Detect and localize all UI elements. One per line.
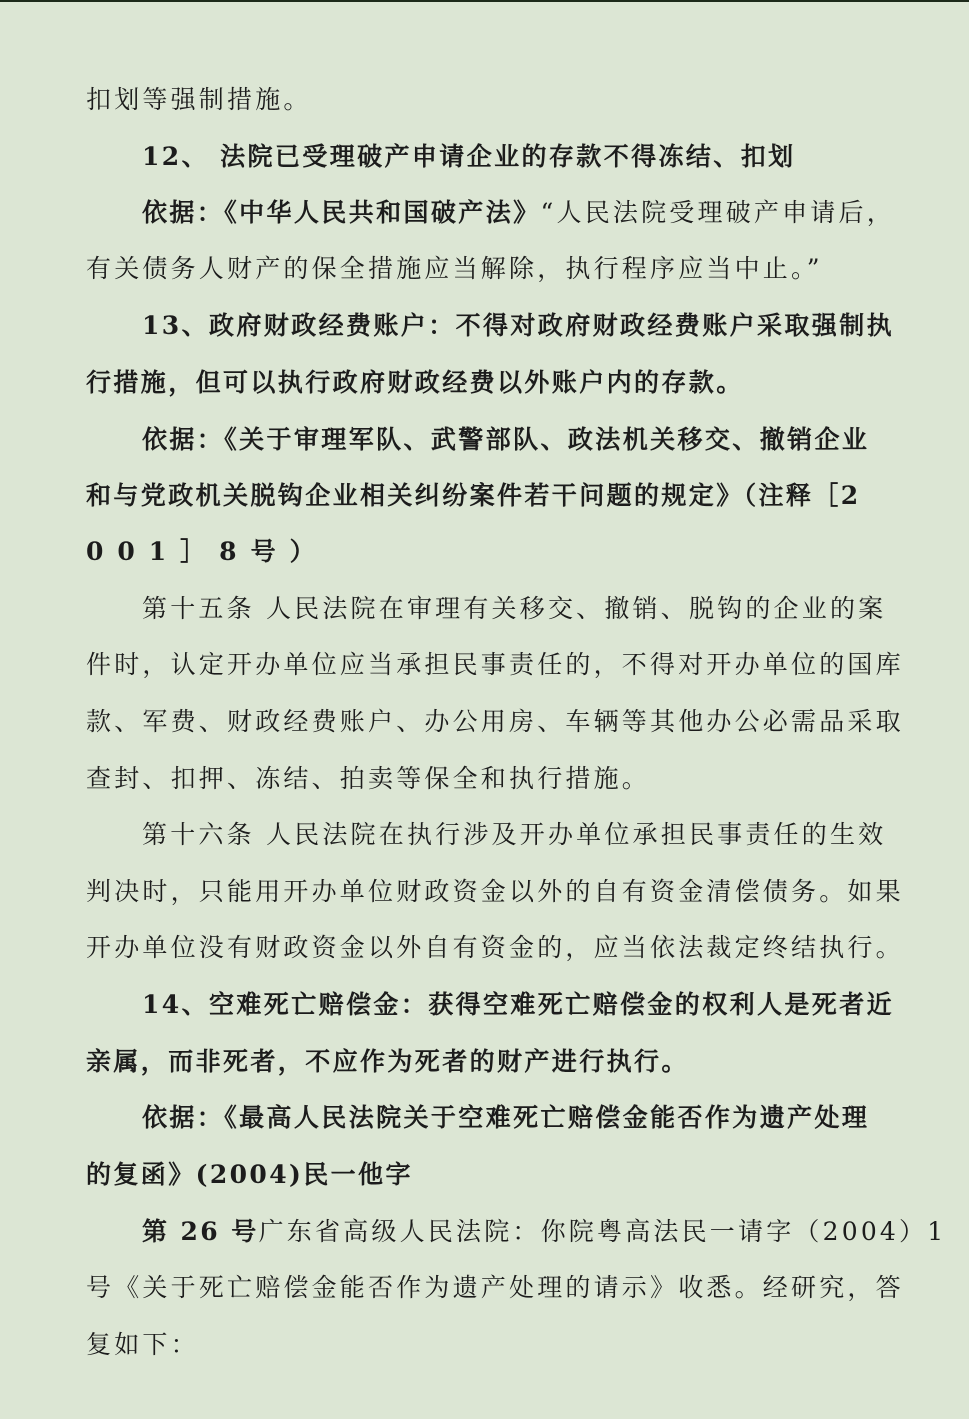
text-line: 有关债务人财产的保全措施应当解除，执行程序应当中止。” [86, 249, 823, 289]
text-line: 件时，认定开办单位应当承担民事责任的，不得对开办单位的国库 [86, 645, 904, 685]
text-line: 的复函》(2004)民一他字 [86, 1155, 413, 1195]
article-text: 件时，认定开办单位应当承担民事责任的，不得对开办单位的国库 [86, 650, 904, 679]
reply-line: 第 26 号广东省高级人民法院：你院粤高法民一请字（2004）1 [142, 1212, 946, 1252]
text-line: 查封、扣押、冻结、拍卖等保全和执行措施。 [86, 759, 650, 799]
text-line: 开办单位没有财政资金以外自有资金的，应当依法裁定终结执行。 [86, 928, 904, 968]
section-heading-13: 13、政府财政经费账户：不得对政府财政经费账户采取强制执 [142, 306, 894, 346]
heading-text: 12、 法院已受理破产申请企业的存款不得冻结、扣划 [142, 142, 796, 171]
reply-text: 号《关于死亡赔偿金能否作为遗产处理的请示》收悉。经研究，答 [86, 1273, 904, 1302]
text-line: 判决时，只能用开办单位财政资金以外的自有资金清偿债务。如果 [86, 872, 904, 912]
basis-text: 001］8号） [86, 537, 329, 566]
text-line: 款、军费、财政经费账户、办公用房、车辆等其他办公必需品采取 [86, 702, 904, 742]
heading-text: 行措施，但可以执行政府财政经费以外账户内的存款。 [86, 368, 744, 397]
heading-text: 13、政府财政经费账户：不得对政府财政经费账户采取强制执 [142, 311, 894, 340]
basis-label: 依据：《最高人民法院关于空难死亡赔偿金能否作为遗产处理 [142, 1103, 869, 1132]
text-line: 001］8号） [86, 532, 329, 572]
document-number: 第 26 号 [142, 1217, 259, 1246]
heading-text: 亲属，而非死者，不应作为死者的财产进行执行。 [86, 1047, 689, 1076]
quote-text: 有关债务人财产的保全措施应当解除，执行程序应当中止。” [86, 254, 823, 283]
article-text: 开办单位没有财政资金以外自有资金的，应当依法裁定终结执行。 [86, 933, 904, 962]
top-border-rule [0, 0, 969, 2]
text-line: 复如下： [86, 1325, 199, 1365]
basis-text: 和与党政机关脱钩企业相关纠纷案件若干问题的规定》（注释［2 [86, 481, 861, 510]
article-15-line: 第十五条 人民法院在审理有关移交、撤销、脱钩的企业的案 [142, 589, 886, 629]
article-text: 第十六条 人民法院在执行涉及开办单位承担民事责任的生效 [142, 820, 886, 849]
text-line: 和与党政机关脱钩企业相关纠纷案件若干问题的规定》（注释［2 [86, 476, 861, 516]
article-16-line: 第十六条 人民法院在执行涉及开办单位承担民事责任的生效 [142, 815, 886, 855]
basis-text: 的复函》(2004)民一他字 [86, 1160, 413, 1189]
quote-text: “人民法院受理破产申请后， [541, 198, 895, 227]
section-heading-14: 14、空难死亡赔偿金：获得空难死亡赔偿金的权利人是死者近 [142, 985, 894, 1025]
basis-label: 依据：《关于审理军队、武警部队、政法机关移交、撤销企业 [142, 425, 869, 454]
reply-text: 复如下： [86, 1330, 199, 1359]
article-text: 款、军费、财政经费账户、办公用房、车辆等其他办公必需品采取 [86, 707, 904, 736]
heading-text: 14、空难死亡赔偿金：获得空难死亡赔偿金的权利人是死者近 [142, 990, 894, 1019]
text-line: 扣划等强制措施。 [86, 80, 312, 120]
article-text: 第十五条 人民法院在审理有关移交、撤销、脱钩的企业的案 [142, 594, 886, 623]
basis-line: 依据：《最高人民法院关于空难死亡赔偿金能否作为遗产处理 [142, 1098, 869, 1138]
text-line: 亲属，而非死者，不应作为死者的财产进行执行。 [86, 1042, 689, 1082]
article-text: 判决时，只能用开办单位财政资金以外的自有资金清偿债务。如果 [86, 877, 904, 906]
reply-text: 广东省高级人民法院：你院粤高法民一请字（2004）1 [259, 1217, 947, 1246]
basis-label: 依据：《中华人民共和国破产法》 [142, 198, 541, 227]
basis-line: 依据：《中华人民共和国破产法》“人民法院受理破产申请后， [142, 193, 895, 233]
section-heading-12: 12、 法院已受理破产申请企业的存款不得冻结、扣划 [142, 137, 796, 177]
article-text: 查封、扣押、冻结、拍卖等保全和执行措施。 [86, 764, 650, 793]
text-line: 行措施，但可以执行政府财政经费以外账户内的存款。 [86, 363, 744, 403]
paragraph-text: 扣划等强制措施。 [86, 85, 312, 114]
basis-line: 依据：《关于审理军队、武警部队、政法机关移交、撤销企业 [142, 420, 869, 460]
text-line: 号《关于死亡赔偿金能否作为遗产处理的请示》收悉。经研究，答 [86, 1268, 904, 1308]
